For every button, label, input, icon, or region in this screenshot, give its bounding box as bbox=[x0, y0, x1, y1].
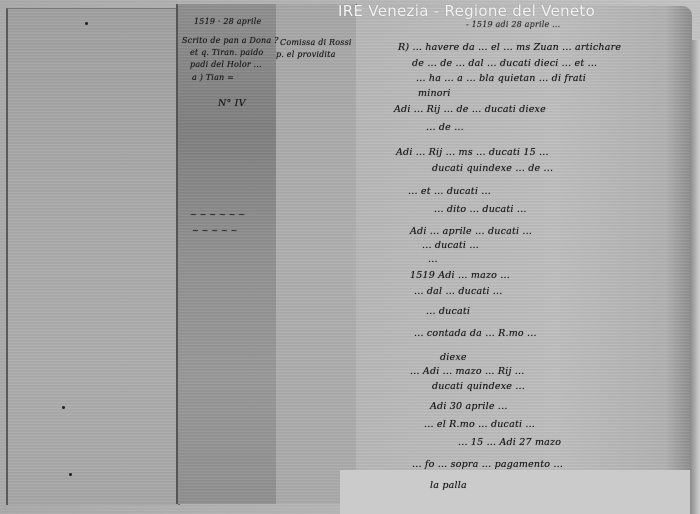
manuscript-line: ... contada da ... R.mo ... bbox=[414, 328, 537, 339]
manuscript-line: ... ha ... a ... bla quietan ... di frat… bbox=[416, 73, 586, 84]
scanned-document: 1519 · 28 aprile Scrito de pan a Dona ? … bbox=[0, 0, 700, 514]
manuscript-line: ... fo ... sopra ... pagamento ... bbox=[412, 459, 563, 470]
manuscript-line: ducati quindexe ... bbox=[432, 381, 525, 392]
middle-note-line: a ) Tian = bbox=[192, 73, 234, 82]
manuscript-line: Adi 30 aprile ... bbox=[430, 401, 508, 412]
middle-side-note: Comissa di Rossi bbox=[280, 38, 352, 47]
manuscript-line: - 1519 adi 28 aprile ... bbox=[466, 20, 560, 29]
manuscript-line: ... 15 ... Adi 27 mazo bbox=[458, 437, 561, 448]
manuscript-line: ... dal ... ducati ... bbox=[414, 286, 502, 297]
page-right-edge bbox=[690, 40, 700, 514]
manuscript-line: Adi ... Rij ... de ... ducati diexe bbox=[394, 104, 546, 115]
manuscript-line: de ... de ... dal ... ducati dieci ... e… bbox=[412, 58, 597, 69]
manuscript-line: la palla bbox=[430, 480, 467, 491]
middle-right-leaf bbox=[276, 4, 357, 504]
manuscript-line: 1519 Adi ... mazo ... bbox=[410, 270, 510, 281]
left-blank-leaf bbox=[6, 8, 180, 505]
manuscript-line: ... ducati bbox=[426, 306, 470, 317]
middle-number-label: N° IV bbox=[218, 98, 246, 109]
manuscript-line: R) ... havere da ... el ... ms Zuan ... … bbox=[398, 42, 621, 53]
manuscript-line: minori bbox=[418, 88, 451, 99]
manuscript-line: ... et ... ducati ... bbox=[408, 186, 491, 197]
middle-side-note: p. el providita bbox=[276, 50, 336, 59]
manuscript-line: ... ducati ... bbox=[422, 240, 479, 251]
manuscript-line: ducati quindexe ... de ... bbox=[432, 163, 553, 174]
watermark-text: IRE Venezia - Regione del Veneto bbox=[338, 2, 595, 20]
manuscript-line: diexe bbox=[440, 352, 467, 363]
ink-spot bbox=[85, 22, 88, 25]
middle-scribble: ~ ~ ~ ~ ~ ~ bbox=[190, 210, 245, 219]
manuscript-line: ... Adi ... mazo ... Rij ... bbox=[410, 366, 524, 377]
middle-note-line: padi del Holor ... bbox=[190, 60, 262, 69]
middle-date-line: 1519 · 28 aprile bbox=[194, 17, 261, 26]
manuscript-line: ... bbox=[428, 254, 438, 265]
ink-spot bbox=[69, 473, 72, 476]
ink-spot bbox=[62, 406, 65, 409]
middle-note-line: et q. Tiran. paido bbox=[190, 48, 263, 57]
manuscript-line: Adi ... aprile ... ducati ... bbox=[410, 226, 532, 237]
manuscript-line: ... dito ... ducati ... bbox=[434, 204, 527, 215]
manuscript-line: Adi ... Rij ... ms ... ducati 15 ... bbox=[396, 147, 549, 158]
middle-scribble: ~ ~ ~ ~ ~ bbox=[192, 226, 238, 235]
middle-note-line: Scrito de pan a Dona ? bbox=[182, 36, 279, 45]
manuscript-line: ... el R.mo ... ducati ... bbox=[424, 419, 535, 430]
manuscript-line: ... de ... bbox=[426, 122, 464, 133]
page-bottom-edge bbox=[340, 470, 700, 514]
